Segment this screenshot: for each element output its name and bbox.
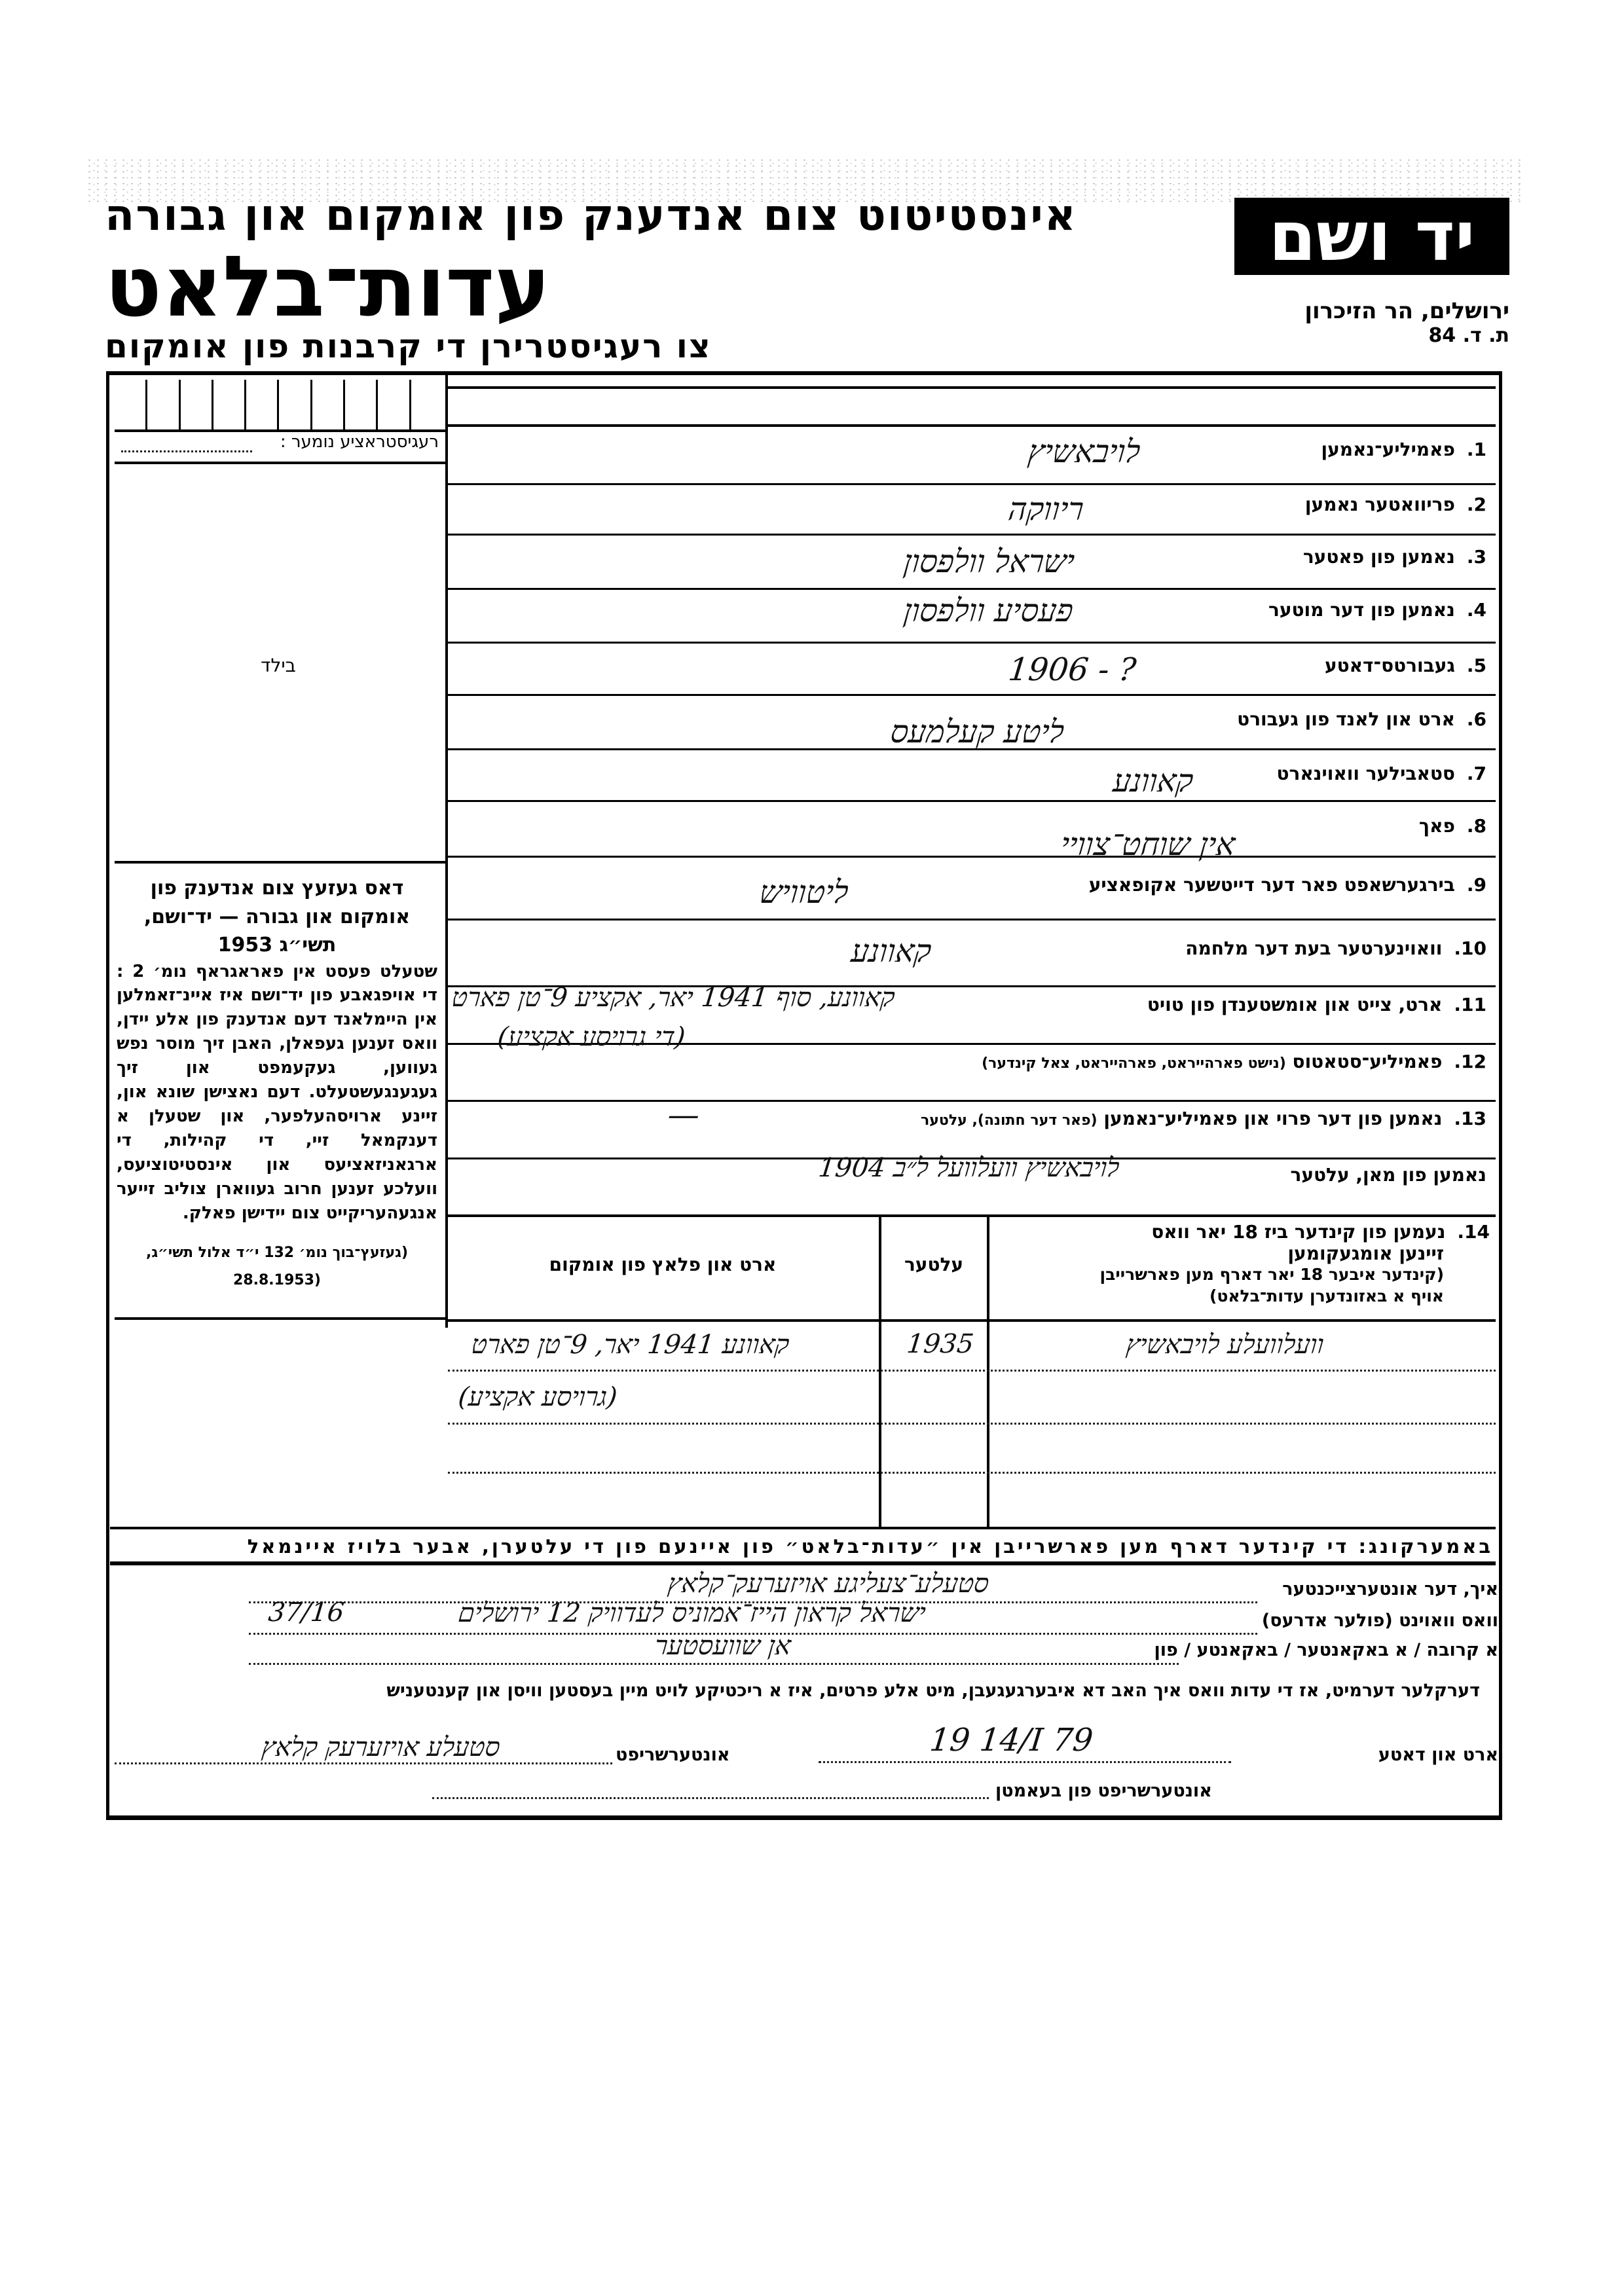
law-citation-text: (געזעץ־בוך נומ׳ 132 י״ד אלול תשי״ג, xyxy=(117,1239,437,1267)
registration-number-field[interactable] xyxy=(121,450,252,452)
field-8-label: 8.פאך xyxy=(1419,815,1486,837)
divider xyxy=(115,462,445,464)
institute-name: אינסטיטוט צום אנדענק פון אומקום און גבור… xyxy=(105,190,1198,240)
row-line xyxy=(448,534,1496,536)
field-8-value[interactable]: אין שוחט־צוויי xyxy=(1059,826,1237,863)
law-heading: דאס געזעץ צום אנדענק פון אומקום און גבור… xyxy=(117,874,437,960)
declaration-statement: דערקלער דערמיט, אז די עדות וואס איך האב … xyxy=(124,1676,1480,1706)
column-header-place: ארט און פלאץ פון אומקום xyxy=(448,1254,877,1275)
children-note-2: אויף א באזונדערן עדות־בלאט) xyxy=(992,1286,1444,1307)
row-line xyxy=(448,424,1496,427)
place-date-label: ארט און דאטע xyxy=(1378,1745,1498,1765)
reg-box[interactable] xyxy=(345,380,378,431)
field-3-value[interactable]: ישראל וולפסון xyxy=(902,543,1077,580)
field-9-label: 9.בירגערשאפט פאר דער דייטשער אקופאציע xyxy=(1089,874,1486,896)
remark-note: באמערקונג: די קינדער דארף מען פארשרייבן … xyxy=(121,1535,1493,1558)
row-line xyxy=(448,483,1496,485)
field-5-label: 5.געבורטס־דאטע xyxy=(1325,655,1486,676)
field-4-value[interactable]: פעסיע וולפסון xyxy=(902,592,1075,629)
row-line xyxy=(448,800,1496,802)
field-1-label: 1.פאמיליע־נאמען xyxy=(1321,439,1486,460)
signature-line xyxy=(115,1762,612,1764)
table-row-line xyxy=(448,1423,1496,1425)
yad-vashem-logo: יד ושם xyxy=(1234,198,1509,275)
divider xyxy=(115,861,445,864)
place-date-line xyxy=(819,1761,1231,1763)
declarant-relation-label: א קרובה / א באקאנטער / באקאנטע / פון xyxy=(1154,1640,1499,1660)
table-col-divider xyxy=(987,1214,989,1529)
row-line xyxy=(448,642,1496,644)
field-1-value[interactable]: לויבאשיץ xyxy=(1026,433,1142,470)
reg-box[interactable] xyxy=(378,380,411,431)
divider xyxy=(110,1527,1496,1529)
address-line-1: ירושלים, הר הזיכרון xyxy=(1218,298,1509,324)
table-row-line xyxy=(448,1370,1496,1372)
field-13-label: 13.נאמען פון דער פרוי און פאמיליע־נאמען … xyxy=(921,1108,1486,1129)
field-11-value[interactable]: קאוונע, סוף 1941 יאר, אקציע 9־טן פארט xyxy=(451,982,896,1013)
signature-value[interactable]: סטעלע אויזערעק קלאץ xyxy=(261,1732,502,1762)
reg-box[interactable] xyxy=(213,380,246,431)
reg-box[interactable] xyxy=(115,380,147,431)
registration-number-boxes[interactable] xyxy=(115,380,442,431)
law-excerpt: דאס געזעץ צום אנדענק פון אומקום און גבור… xyxy=(117,874,437,1294)
official-signature-label: אונטערשריפט פון בעאמטן xyxy=(995,1781,1212,1801)
reg-box[interactable] xyxy=(312,380,345,431)
children-note: (קינדער איבער 18 יאר דארף מען פארשרייבן xyxy=(992,1264,1444,1286)
address-line-2: ת. ד. 84 xyxy=(1218,324,1509,347)
field-4-label: 4.נאמען פון דער מוטער xyxy=(1268,599,1486,621)
field-2-label: 2.פריוואטער נאמען xyxy=(1305,494,1486,515)
field-7-value[interactable]: קאוונע xyxy=(1111,763,1195,799)
field-6-value[interactable]: ליטע קעלמעס xyxy=(889,714,1066,750)
field-3-label: 3.נאמען פון פאטער xyxy=(1303,546,1486,568)
child-name[interactable]: וועלוועלע לויבאשיץ xyxy=(1125,1329,1325,1360)
reg-box[interactable] xyxy=(147,380,180,431)
children-label-2: זיינען אומגעקומען xyxy=(992,1243,1444,1264)
field-12-label: 12.פאמיליע־סטאטוס (נישט פארהייראט, פארהי… xyxy=(982,1051,1486,1072)
reg-box[interactable] xyxy=(246,380,279,431)
field-10-label: 10.וואוינערטער בעת דער מלחמה xyxy=(1185,938,1486,959)
reg-box[interactable] xyxy=(279,380,312,431)
child-death-place-2[interactable]: (גרויסע אקציע) xyxy=(457,1381,619,1412)
declarant-address-value[interactable]: ישראל קראון הייז־אמוניס לעדוויק 12 ירושל… xyxy=(457,1597,927,1628)
declarant-relation-line xyxy=(249,1663,1179,1665)
field-13-value[interactable]: — xyxy=(666,1097,701,1133)
table-top-line xyxy=(448,1214,1496,1217)
place-date-value[interactable]: 19 14/I 79 xyxy=(928,1722,1095,1758)
official-signature-line[interactable] xyxy=(432,1797,989,1799)
law-body: שטעלט פעסט אין פאראגראף נומ׳ 2 : די אויפ… xyxy=(117,960,437,1226)
divider xyxy=(115,1317,445,1320)
registration-number-label: רעגיסטראציע נומער : xyxy=(115,432,439,452)
section-14-header: 14.נעמען פון קינדער ביז 18 יאר וואס זיינ… xyxy=(992,1221,1490,1307)
photo-area[interactable] xyxy=(115,465,444,858)
field-2-value[interactable]: ריווקה xyxy=(1006,491,1085,528)
declarant-name-value[interactable]: סטעלע־צעליגע אויזערעק־קלאץ xyxy=(667,1568,991,1599)
field-6-label: 6.ארט און לאנד פון געבורט xyxy=(1237,708,1486,730)
children-label: 14.נעמען פון קינדער ביז 18 יאר וואס xyxy=(992,1221,1490,1243)
field-11-label: 11.ארט, צייט און אומשטענדן פון טויט xyxy=(1147,994,1486,1015)
signature-label: אונטערשריפט xyxy=(616,1745,730,1765)
row-line xyxy=(448,919,1496,920)
sidebar-divider xyxy=(445,375,448,1328)
field-10-value[interactable]: קאוונע xyxy=(849,933,933,970)
field-5-value[interactable]: 1906 - ? xyxy=(1006,651,1138,688)
field-11-value-line2[interactable]: (די גרויסע אקציע) xyxy=(496,1021,687,1052)
field-13b-value[interactable]: לויבאשיץ וועלוועל ל״ב 1904 xyxy=(817,1152,1121,1183)
row-line xyxy=(448,856,1496,858)
child-age[interactable]: 1935 xyxy=(906,1329,976,1359)
declarant-name-label: איך, דער אונטערצייכנטער xyxy=(1282,1579,1498,1599)
row-line xyxy=(448,588,1496,590)
law-citation: (געזעץ־בוך נומ׳ 132 י״ד אלול תשי״ג, (28.… xyxy=(117,1239,437,1294)
divider xyxy=(110,1561,1496,1565)
column-header-age: עלטער xyxy=(881,1254,986,1275)
divider xyxy=(448,386,1496,389)
reg-box[interactable] xyxy=(181,380,213,431)
child-death-place[interactable]: קאוונע 1941 יאר, 9־טן פארט xyxy=(470,1329,791,1360)
field-9-value[interactable]: ליטוויש xyxy=(758,874,850,911)
field-13b-label: נאמען פון מאן, עלטער xyxy=(1291,1164,1486,1186)
table-row-line xyxy=(448,1472,1496,1474)
row-line xyxy=(448,694,1496,696)
law-citation-date: (28.8.1953 xyxy=(117,1267,437,1294)
field-7-label: 7.סטאבילער וואוינארט xyxy=(1277,763,1486,784)
declarant-relation-value[interactable]: אן שוועסטער xyxy=(654,1630,792,1661)
row-line xyxy=(448,1100,1496,1102)
declarant-address-label: וואס וואוינט (פולער אדרעס) xyxy=(1262,1611,1498,1631)
table-header-line xyxy=(448,1319,1496,1322)
form-title: עדות־בלאט xyxy=(105,246,668,329)
form-subtitle: צו רעגיסטרירן די קרבנות פון אומקום xyxy=(105,327,825,365)
address-margin-note: 37/16 xyxy=(267,1597,346,1628)
reg-box[interactable] xyxy=(411,380,442,431)
